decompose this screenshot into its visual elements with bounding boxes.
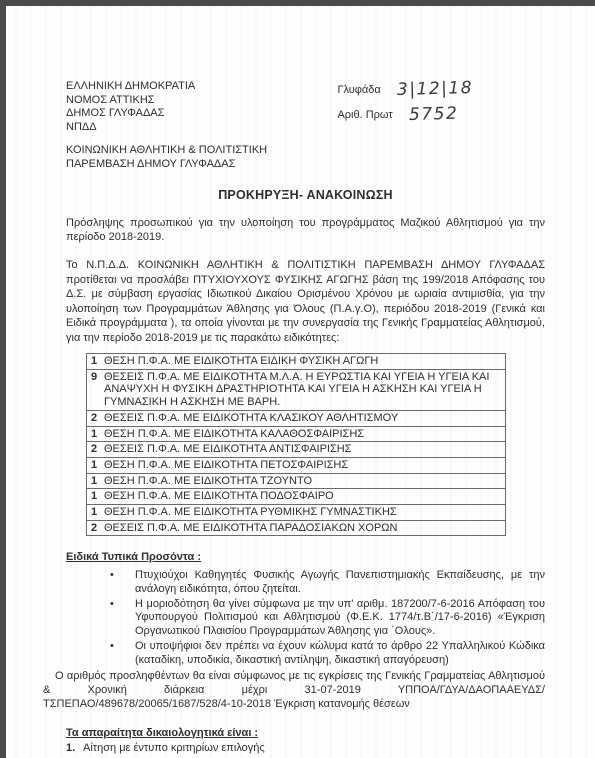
position-text: ΘΕΣΗ Π.Φ.Α. ΜΕ ΕΙΔΙΚΟΤΗΤΑ ΠΟΔΟΣΦΑΙΡΟ xyxy=(104,490,501,503)
bullet-icon: • xyxy=(110,640,135,668)
scan-frame-top-edge xyxy=(0,0,595,6)
table-row: 1 ΘΕΣΗ Π.Φ.Α. ΜΕ ΕΙΔΙΚΟΤΗΤΑ ΕΙΔΙΚΗ ΦΥΣΙΚ… xyxy=(87,354,505,370)
bullet-icon: • xyxy=(110,569,135,597)
position-text: ΘΕΣΕΙΣ Π.Φ.Α. ΜΕ ΕΙΔΙΚΟΤΗΤΑ ΚΛΑΣΙΚΟΥ ΑΘΛ… xyxy=(104,412,501,425)
position-text: ΘΕΣΕΙΣ Π.Φ.Α. ΜΕ ΕΙΔΙΚΟΤΗΤΑ ΠΑΡΑΔΟΣΙΑΚΩΝ… xyxy=(104,522,501,535)
position-count: 1 xyxy=(91,475,101,488)
closing-paragraph: Ο αριθμός προσληφθέντων θα είναι σύμφωνο… xyxy=(43,669,545,711)
agency-line: ΝΠΔΔ xyxy=(66,121,337,135)
scanned-document-page: ΕΛΛΗΝΙΚΗ ΔΗΜΟΚΡΑΤΙΑ ΝΟΜΟΣ ΑΤΤΙΚΗΣ ΔΗΜΟΣ … xyxy=(0,0,595,758)
position-text: ΘΕΣΗ Π.Φ.Α. ΜΕ ΕΙΔΙΚΟΤΗΤΑ ΚΑΛΑΘΟΣΦΑΙΡΙΣΗ… xyxy=(104,428,501,441)
bullet-item: • Οι υποψήφιοι δεν πρέπει να έχουν κώλυμ… xyxy=(66,640,545,668)
position-text: ΘΕΣΗ Π.Φ.Α. ΜΕ ΕΙΔΙΚΟΤΗΤΑ ΡΥΘΜΙΚΗΣ ΓΥΜΝΑ… xyxy=(104,506,501,519)
date-value-handwritten: 3|12|18 xyxy=(396,79,472,99)
position-text: ΘΕΣΗ Π.Φ.Α. ΜΕ ΕΙΔΙΚΟΤΗΤΑ ΠΕΤΟΣΦΑΙΡΙΣΗΣ xyxy=(104,459,501,472)
table-row: 1 ΘΕΣΗ Π.Φ.Α. ΜΕ ΕΙΔΙΚΟΤΗΤΑ ΤΖΟΥΝΤΟ xyxy=(87,474,505,490)
agency-line: ΕΛΛΗΝΙΚΗ ΔΗΜΟΚΡΑΤΙΑ xyxy=(66,80,337,94)
item-number: 1. xyxy=(66,742,83,756)
bullet-icon: • xyxy=(110,598,135,639)
position-count: 9 xyxy=(91,371,101,409)
position-text: ΘΕΣΗ Π.Φ.Α. ΜΕ ΕΙΔΙΚΟΤΗΤΑ ΕΙΔΙΚΗ ΦΥΣΙΚΗ … xyxy=(104,355,501,368)
position-count: 2 xyxy=(91,522,101,535)
bullet-item: • Πτυχιούχοι Καθηγητές Φυσικής Αγωγής Πα… xyxy=(66,569,545,597)
table-row: 2 ΘΕΣΕΙΣ Π.Φ.Α. ΜΕ ΕΙΔΙΚΟΤΗΤΑ ΚΛΑΣΙΚΟΥ Α… xyxy=(87,411,505,427)
positions-table: 1 ΘΕΣΗ Π.Φ.Α. ΜΕ ΕΙΔΙΚΟΤΗΤΑ ΕΙΔΙΚΗ ΦΥΣΙΚ… xyxy=(86,353,506,536)
protocol-label: Αριθ. Πρωτ xyxy=(337,106,392,123)
qualifications-list: • Πτυχιούχοι Καθηγητές Φυσικής Αγωγής Πα… xyxy=(66,569,545,668)
document-header: ΕΛΛΗΝΙΚΗ ΔΗΜΟΚΡΑΤΙΑ ΝΟΜΟΣ ΑΤΤΙΚΗΣ ΔΗΜΟΣ … xyxy=(66,80,545,171)
position-text: ΘΕΣΕΙΣ Π.Φ.Α. ΜΕ ΕΙΔΙΚΟΤΗΤΑ ΑΝΤΙΣΦΑΙΡΙΣΗ… xyxy=(104,443,501,456)
bullet-text: Η μοριοδότηση θα γίνει σύμφωνα με την υπ… xyxy=(135,598,545,639)
document-title: ΠΡΟΚΗΡΥΞΗ- ΑΝΑΚΟΙΝΩΣΗ xyxy=(66,188,545,202)
position-count: 1 xyxy=(91,355,101,368)
documents-heading: Τα απαραίτητα δικαιολογητικά είναι : xyxy=(66,727,545,741)
table-row: 9 ΘΕΣΕΙΣ Π.Φ.Α. ΜΕ ΕΙΔΙΚΟΤΗΤΑ Μ.Λ.Α. Η Ε… xyxy=(87,370,505,411)
table-row: 1 ΘΕΣΗ Π.Φ.Α. ΜΕ ΕΙΔΙΚΟΤΗΤΑ ΠΟΔΟΣΦΑΙΡΟ xyxy=(87,489,505,505)
agency-line: ΝΟΜΟΣ ΑΤΤΙΚΗΣ xyxy=(66,94,337,108)
position-count: 1 xyxy=(91,490,101,503)
header-right-block: Γλυφάδα 3|12|18 Αριθ. Πρωτ 5752 xyxy=(337,80,545,171)
organization-line: ΚΟΙΝΩΝΙΚΗ ΑΘΛΗΤΙΚΗ & ΠΟΛΙΤΙΣΤΙΚΗ xyxy=(66,144,337,158)
organization-block: ΚΟΙΝΩΝΙΚΗ ΑΘΛΗΤΙΚΗ & ΠΟΛΙΤΙΣΤΙΚΗ ΠΑΡΕΜΒΑ… xyxy=(66,144,337,171)
protocol-row: Αριθ. Πρωτ 5752 xyxy=(337,106,545,124)
item-text: Αίτηση με έντυπο κριτηρίων επιλογής xyxy=(83,742,545,756)
position-count: 1 xyxy=(91,459,101,472)
document-item: 1. Αίτηση με έντυπο κριτηρίων επιλογής xyxy=(66,742,545,756)
table-row: 2 ΘΕΣΕΙΣ Π.Φ.Α. ΜΕ ΕΙΔΙΚΟΤΗΤΑ ΑΝΤΙΣΦΑΙΡΙ… xyxy=(87,442,505,458)
header-left-block: ΕΛΛΗΝΙΚΗ ΔΗΜΟΚΡΑΤΙΑ ΝΟΜΟΣ ΑΤΤΙΚΗΣ ΔΗΜΟΣ … xyxy=(66,80,337,171)
position-count: 2 xyxy=(91,443,101,456)
table-row: 2 ΘΕΣΕΙΣ Π.Φ.Α. ΜΕ ΕΙΔΙΚΟΤΗΤΑ ΠΑΡΑΔΟΣΙΑΚ… xyxy=(87,521,505,536)
position-count: 2 xyxy=(91,412,101,425)
document-content: ΕΛΛΗΝΙΚΗ ΔΗΜΟΚΡΑΤΙΑ ΝΟΜΟΣ ΑΤΤΙΚΗΣ ΔΗΜΟΣ … xyxy=(66,80,545,756)
position-count: 1 xyxy=(91,428,101,441)
bullet-text: Οι υποψήφιοι δεν πρέπει να έχουν κώλυμα … xyxy=(135,640,545,668)
table-row: 1 ΘΕΣΗ Π.Φ.Α. ΜΕ ΕΙΔΙΚΟΤΗΤΑ ΚΑΛΑΘΟΣΦΑΙΡΙ… xyxy=(87,427,505,443)
agency-line: ΔΗΜΟΣ ΓΛΥΦΑΔΑΣ xyxy=(66,107,337,121)
agency-block: ΕΛΛΗΝΙΚΗ ΔΗΜΟΚΡΑΤΙΑ ΝΟΜΟΣ ΑΤΤΙΚΗΣ ΔΗΜΟΣ … xyxy=(66,80,337,134)
table-row: 1 ΘΕΣΗ Π.Φ.Α. ΜΕ ΕΙΔΙΚΟΤΗΤΑ ΠΕΤΟΣΦΑΙΡΙΣΗ… xyxy=(87,458,505,474)
date-label: Γλυφάδα xyxy=(337,81,380,98)
position-text: ΘΕΣΕΙΣ Π.Φ.Α. ΜΕ ΕΙΔΙΚΟΤΗΤΑ Μ.Λ.Α. Η ΕΥΡ… xyxy=(104,371,501,409)
position-text: ΘΕΣΗ Π.Φ.Α. ΜΕ ΕΙΔΙΚΟΤΗΤΑ ΤΖΟΥΝΤΟ xyxy=(104,475,501,488)
body-paragraph: Το Ν.Π.Δ.Δ. ΚΟΙΝΩΝΙΚΗ ΑΘΛΗΤΙΚΗ & ΠΟΛΙΤΙΣ… xyxy=(66,258,545,345)
intro-paragraph: Πρόσληψης προσωπικού για την υλοποίηση τ… xyxy=(66,217,545,244)
scan-frame-left-edge xyxy=(0,0,6,758)
date-row: Γλυφάδα 3|12|18 xyxy=(337,81,545,99)
protocol-value-handwritten: 5752 xyxy=(408,105,458,124)
qualifications-heading: Ειδικά Τυπικά Προσόντα : xyxy=(66,551,545,565)
position-count: 1 xyxy=(91,506,101,519)
bullet-item: • Η μοριοδότηση θα γίνει σύμφωνα με την … xyxy=(66,598,545,639)
organization-line: ΠΑΡΕΜΒΑΣΗ ΔΗΜΟΥ ΓΛΥΦΑΔΑΣ xyxy=(66,158,337,172)
bullet-text: Πτυχιούχοι Καθηγητές Φυσικής Αγωγής Πανε… xyxy=(135,569,545,597)
table-row: 1 ΘΕΣΗ Π.Φ.Α. ΜΕ ΕΙΔΙΚΟΤΗΤΑ ΡΥΘΜΙΚΗΣ ΓΥΜ… xyxy=(87,505,505,521)
